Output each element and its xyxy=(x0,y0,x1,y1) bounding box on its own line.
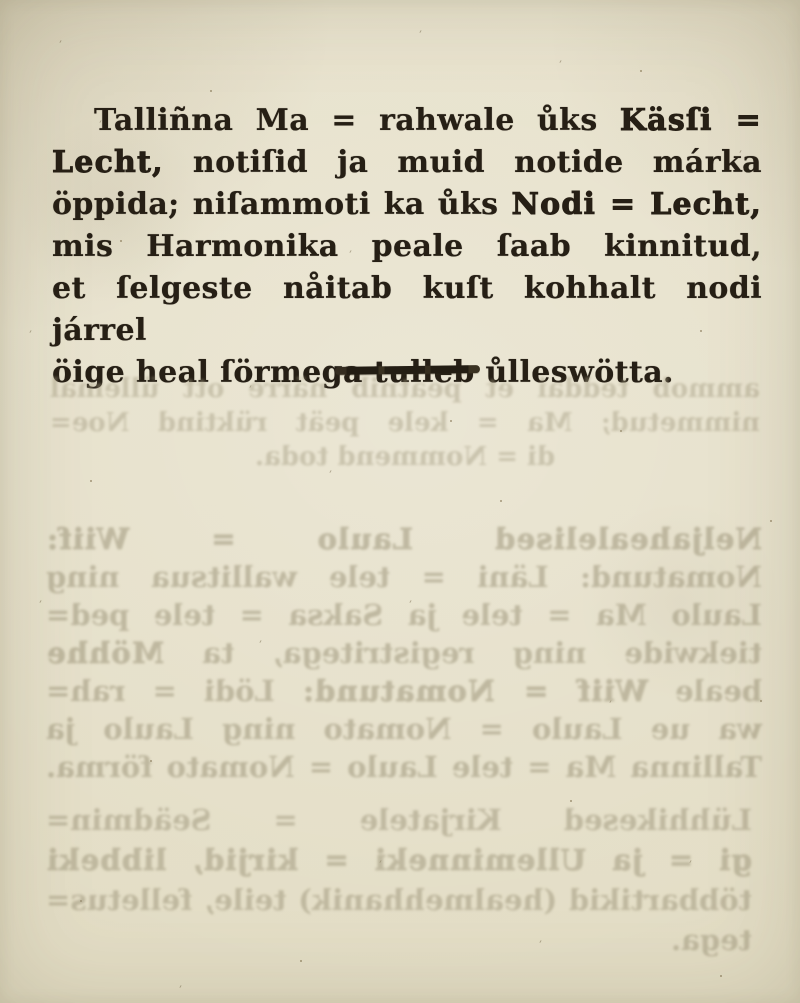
text-line: gi = ja Ulleminneki = kirjid, libbeki xyxy=(46,840,752,880)
body-text: Tallinna Ma = tele Laulo = Nomato förma. xyxy=(46,750,762,784)
body-text: többartikid (healmehhanik) teile, fellet… xyxy=(46,883,752,917)
emphasized-text: Neljahealelised Laulo = Wiif: xyxy=(46,522,762,556)
ghost-showthrough-block-lower: Lühhikesed Kirjatele = Seädmin=gi = ja U… xyxy=(46,800,752,960)
text-line: Lühhikesed Kirjatele = Seädmin= xyxy=(46,800,752,840)
body-text: tega. xyxy=(671,923,752,957)
emphasized-text: Möhhe xyxy=(46,636,164,670)
text-line: mis Harmonika peale ſaab kinnitud, xyxy=(52,226,762,268)
body-text: wa ue Laulo = Nomato ning Laulo ja xyxy=(46,712,762,746)
text-line: nimmetud; Ma = kele peät rüktind Noe= xyxy=(50,406,760,440)
emphasized-text: Käsſi = xyxy=(620,103,762,138)
ghost-showthrough-block-middle: Neljahealelised Laulo = Wiif:Nomatund: L… xyxy=(46,520,762,786)
emphasized-text: gi = ja Ulleminneki = kirjid, libbeki xyxy=(46,843,752,877)
body-text: Nomatund: Läni = tele wallitsua ning xyxy=(46,560,762,594)
text-line: Nomatund: Läni = tele wallitsua ning xyxy=(46,558,762,596)
text-line: Laulo Ma = tele ja Saksa = tele ped= xyxy=(46,596,762,634)
emphasized-text: Lecht, xyxy=(52,145,164,180)
text-line: et ſelgeste nåitab kuſt kohhalt nodi jár… xyxy=(52,268,762,352)
text-line: öppida; niſammoti ka ůks Nodi = Lecht, xyxy=(52,184,762,226)
body-text: Lödi = rah= xyxy=(46,674,302,708)
text-line: di = Nommend toda. xyxy=(50,440,760,474)
text-line: többartikid (healmehhanik) teile, fellet… xyxy=(46,880,752,920)
main-paragraph: Talliñna Ma = rahwale ůks Käsſi =Lecht, … xyxy=(52,100,762,394)
text-line: Neljahealelised Laulo = Wiif: xyxy=(46,520,762,558)
body-text: Laulo Ma = tele ja Saksa = tele ped= xyxy=(46,598,762,632)
text-line: Tallinna Ma = tele Laulo = Nomato förma. xyxy=(46,748,762,786)
body-text: et ſelgeste nåitab kuſt kohhalt nodi jár… xyxy=(52,271,762,348)
emphasized-text: Wiif = Nomatund: xyxy=(302,674,648,708)
emphasized-text: Nodi = Lecht, xyxy=(512,187,762,222)
body-text: nimmetud; Ma = kele peät rüktind Noe= xyxy=(50,408,760,438)
body-text: di = Nommend toda. xyxy=(255,442,555,472)
text-line: tega. xyxy=(46,920,752,960)
scanned-page: Talliñna Ma = rahwale ůks Käsſi =Lecht, … xyxy=(0,0,800,1003)
body-text: notiſid ja muid notide márka xyxy=(164,145,762,180)
body-text: Talliñna Ma = rahwale ůks xyxy=(94,103,620,138)
text-line: Talliñna Ma = rahwale ůks Käsſi = xyxy=(52,100,762,142)
text-line: tiekwide ning registritega, ta Möhhe xyxy=(46,634,762,672)
text-line: wa ue Laulo = Nomato ning Laulo ja xyxy=(46,710,762,748)
body-text: öppida; niſammoti ka ůks xyxy=(52,187,512,222)
text-line: beale Wiif = Nomatund: Lödi = rah= xyxy=(46,672,762,710)
body-text: Lühhikesed Kirjatele = Seädmin= xyxy=(46,803,752,837)
body-text: tiekwide ning registritega, ta xyxy=(164,636,762,670)
text-line: Lecht, notiſid ja muid notide márka xyxy=(52,142,762,184)
body-text: beale xyxy=(648,674,762,708)
body-text: mis Harmonika peale ſaab kinnitud, xyxy=(52,229,762,264)
